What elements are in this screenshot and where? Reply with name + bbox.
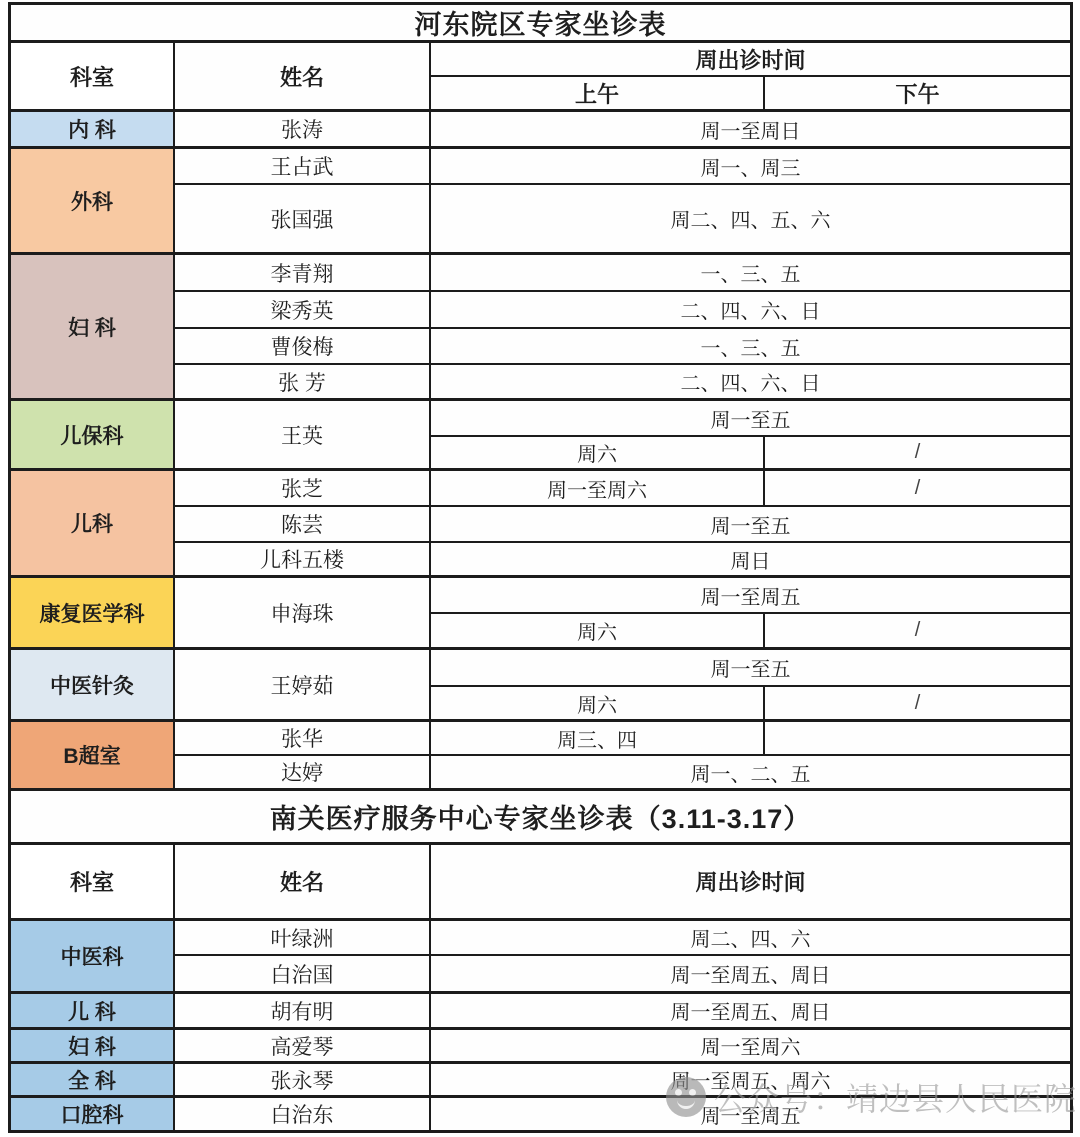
schedule-cell: 周一至五 [431,507,1070,541]
schedule-row: 胡有明 周一至周五、周日 [175,994,1070,1027]
schedule-cell: 周一至周六 [431,1030,1070,1061]
doctor-name: 曹俊梅 [175,329,431,363]
schedule-subrow: 周一至五 [431,401,1070,437]
schedule-am-cell: 周三、四 [431,722,765,754]
schedule-cell: 周一至周五、周日 [431,994,1070,1027]
schedule-sheet: 河东院区专家坐诊表 科室 姓名 周出诊时间 上午 下午 内 科 张涛 周一至周日… [8,2,1073,1133]
schedule-pm-cell: / [765,687,1070,719]
schedule-cell: 周一至五 [431,401,1070,435]
table1-header-ampm-row: 上午 下午 [431,77,1070,109]
section-erbaoke: 儿保科 王英 周一至五 周六 / [11,401,1070,471]
section-bchao: B超室 张华 周三、四 达婷 周一、二、五 [11,722,1070,791]
schedule-pm-cell: / [765,437,1070,468]
doctor-name: 白治东 [175,1098,431,1130]
dept-cell-erke: 儿科 [11,471,175,575]
doctor-name: 张永琴 [175,1064,431,1095]
table1-title: 河东院区专家坐诊表 [415,3,667,42]
schedule-cell: 一、三、五 [431,329,1070,363]
dept-cell-zhongyike: 中医科 [11,921,175,991]
table1-header-time-group: 周出诊时间 上午 下午 [431,43,1070,109]
table1-header-pm: 下午 [765,77,1070,109]
doctor-name: 叶绿洲 [175,921,431,954]
table2-title-row: 南关医疗服务中心专家坐诊表（3.11-3.17） [11,791,1070,845]
dept-cell-quanke: 全 科 [11,1064,175,1095]
schedule-row: 达婷 周一、二、五 [175,756,1070,788]
doctor-name: 王占武 [175,149,431,183]
doctor-name: 达婷 [175,756,431,788]
doctor-name: 胡有明 [175,994,431,1027]
dept-cell-neike: 内 科 [11,112,175,146]
schedule-row: 曹俊梅 一、三、五 [175,329,1070,365]
dept-cell-fuke2: 妇 科 [11,1030,175,1061]
schedule-row: 白治东 周一至周五 [175,1098,1070,1130]
schedule-row: 张华 周三、四 [175,722,1070,756]
schedule-row: 陈芸 周一至五 [175,507,1070,543]
doctor-name: 张涛 [175,112,431,146]
doctor-name: 白治国 [175,956,431,991]
schedule-am-cell: 周一至周六 [431,471,765,505]
doctor-name: 张华 [175,722,431,754]
schedule-cell: 周一、二、五 [431,756,1070,788]
schedule-row: 儿科五楼 周日 [175,543,1070,575]
dept-cell-waike: 外科 [11,149,175,252]
doctor-name: 儿科五楼 [175,543,431,575]
schedule-cell: 周一至周五、周六 [431,1064,1070,1095]
schedule-cell: 周一、周三 [431,149,1070,183]
table2-header-name: 姓名 [175,845,431,918]
schedule-pm-cell [765,722,1070,754]
table2-header-time: 周出诊时间 [431,845,1070,918]
schedule-row: 王婷茹 周一至五 周六 / [175,650,1070,719]
schedule-row: 王英 周一至五 周六 / [175,401,1070,468]
schedule-subrow: 周六 / [431,614,1070,647]
table1-header-dept: 科室 [11,43,175,109]
section-zhongyike: 中医科 叶绿洲 周二、四、六 白治国 周一至周五、周日 [11,921,1070,994]
dept-cell-kouqiangke: 口腔科 [11,1098,175,1130]
table1-header-time: 周出诊时间 [431,43,1070,75]
doctor-name: 申海珠 [175,578,431,647]
schedule-row: 梁秀英 二、四、六、日 [175,292,1070,329]
doctor-name: 高爱琴 [175,1030,431,1061]
doctor-name: 梁秀英 [175,292,431,327]
dept-cell-fuke: 妇 科 [11,255,175,398]
table2-header-dept: 科室 [11,845,175,918]
table2-title: 南关医疗服务中心专家坐诊表（3.11-3.17） [270,797,812,836]
schedule-cell: 二、四、六、日 [431,292,1070,327]
section-quanke: 全 科 张永琴 周一至周五、周六 [11,1064,1070,1098]
dept-cell-erbaoke: 儿保科 [11,401,175,468]
section-erke: 儿科 张芝 周一至周六 / 陈芸 周一至五 儿科五楼 周日 [11,471,1070,578]
dept-cell-erke2: 儿 科 [11,994,175,1027]
schedule-row: 高爱琴 周一至周六 [175,1030,1070,1061]
schedule-am-cell: 周六 [431,687,765,719]
doctor-name: 李青翔 [175,255,431,290]
schedule-row: 张芝 周一至周六 / [175,471,1070,507]
table1-header-name: 姓名 [175,43,431,109]
schedule-row: 申海珠 周一至周五 周六 / [175,578,1070,647]
section-zhenjiu: 中医针灸 王婷茹 周一至五 周六 / [11,650,1070,722]
schedule-cell: 周一至周五 [431,1098,1070,1130]
table1-title-row: 河东院区专家坐诊表 [11,5,1070,43]
schedule-cell: 周一至周五、周日 [431,956,1070,991]
schedule-cell: 周一至周日 [431,112,1070,146]
dept-cell-zhenjiu: 中医针灸 [11,650,175,719]
schedule-cell: 周二、四、六 [431,921,1070,954]
schedule-subrow: 周六 / [431,687,1070,719]
schedule-row: 张国强 周二、四、五、六 [175,185,1070,252]
dept-cell-bchao: B超室 [11,722,175,788]
table1-header-row: 科室 姓名 周出诊时间 上午 下午 [11,43,1070,112]
schedule-cell: 周日 [431,543,1070,575]
schedule-subrow: 周一至周五 [431,578,1070,614]
doctor-name: 王英 [175,401,431,468]
schedule-cell: 二、四、六、日 [431,365,1070,398]
schedule-row: 张 芳 二、四、六、日 [175,365,1070,398]
schedule-row: 张永琴 周一至周五、周六 [175,1064,1070,1095]
schedule-am-cell: 周六 [431,437,765,468]
doctor-name: 张芝 [175,471,431,505]
doctor-name: 陈芸 [175,507,431,541]
schedule-cell: 周一至五 [431,650,1070,685]
section-kangfu: 康复医学科 申海珠 周一至周五 周六 / [11,578,1070,650]
schedule-row: 叶绿洲 周二、四、六 [175,921,1070,956]
dept-cell-kangfu: 康复医学科 [11,578,175,647]
section-erke2: 儿 科 胡有明 周一至周五、周日 [11,994,1070,1030]
schedule-row: 白治国 周一至周五、周日 [175,956,1070,991]
schedule-subrow: 周一至五 [431,650,1070,687]
doctor-name: 张国强 [175,185,431,252]
section-waike: 外科 王占武 周一、周三 张国强 周二、四、五、六 [11,149,1070,255]
schedule-row: 张涛 周一至周日 [175,112,1070,146]
doctor-name: 王婷茹 [175,650,431,719]
schedule-row: 李青翔 一、三、五 [175,255,1070,292]
schedule-subrow: 周六 / [431,437,1070,468]
table1-header-time-row: 周出诊时间 [431,43,1070,77]
table1-header-am: 上午 [431,77,765,109]
schedule-am-cell: 周六 [431,614,765,647]
schedule-pm-cell: / [765,614,1070,647]
section-neike: 内 科 张涛 周一至周日 [11,112,1070,149]
schedule-pm-cell: / [765,471,1070,505]
schedule-cell: 周一至周五 [431,578,1070,612]
section-fuke: 妇 科 李青翔 一、三、五 梁秀英 二、四、六、日 曹俊梅 一、三、五 张 芳 … [11,255,1070,401]
section-kouqiangke: 口腔科 白治东 周一至周五 [11,1098,1070,1130]
table2-header-row: 科室 姓名 周出诊时间 [11,845,1070,921]
schedule-cell: 一、三、五 [431,255,1070,290]
doctor-name: 张 芳 [175,365,431,398]
section-fuke2: 妇 科 高爱琴 周一至周六 [11,1030,1070,1064]
schedule-row: 王占武 周一、周三 [175,149,1070,185]
schedule-cell: 周二、四、五、六 [431,185,1070,252]
